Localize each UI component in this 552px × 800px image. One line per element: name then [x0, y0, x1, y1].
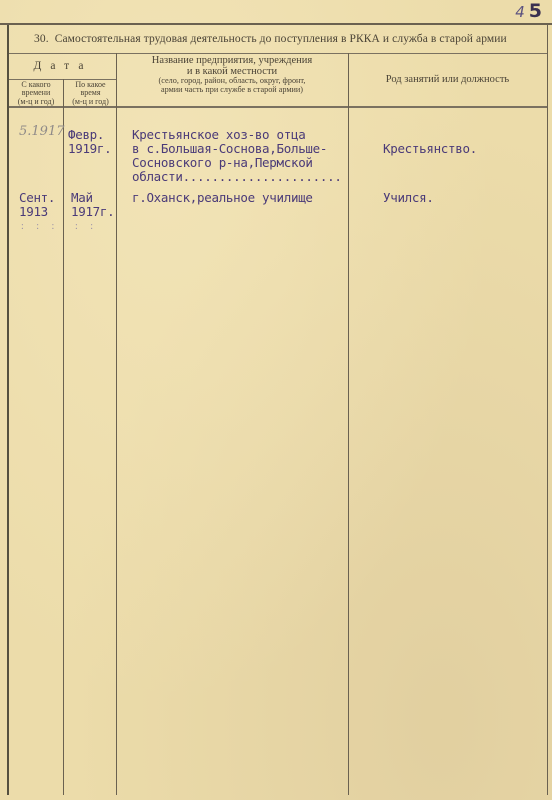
page-number-old: 4 — [515, 3, 525, 21]
row1-from-handwritten: 5.1917 — [19, 124, 65, 139]
header-name-line4: армии часть при службе в старой армии) — [117, 86, 347, 95]
header-to-line3: (м-ц и год) — [64, 98, 117, 106]
section-title: 30. Самостоятельная трудовая деятельност… — [9, 25, 547, 53]
header-from: С какого времени (м-ц и год) — [9, 79, 63, 106]
header-from-line3: (м-ц и год) — [9, 98, 63, 106]
row1-place-line4: области...................... — [132, 170, 342, 184]
row1-place-line3: Сосновского р-на,Пермской — [132, 156, 342, 170]
ditto-marks-to: : : — [75, 221, 98, 232]
row2-from: Сент.1913 — [19, 191, 55, 219]
row1-place-line1: Крестьянское хоз-во отца — [132, 128, 342, 142]
row1-to: Февр.1919г. — [68, 128, 111, 156]
page-number: 45 — [515, 0, 542, 22]
header-occupation: Род занятий или должность — [348, 53, 547, 106]
row1-to-line2: 1919г. — [68, 142, 111, 156]
row2-to-line1: Май — [71, 191, 114, 205]
row2-from-line2: 1913 — [19, 205, 55, 219]
col-divider-date-name — [116, 53, 117, 795]
header-to: По какое время (м-ц и год) — [64, 79, 117, 106]
header-date: Дата — [9, 53, 117, 79]
row2-to: Май1917г. — [71, 191, 114, 219]
form-table: 30. Самостоятельная трудовая деятельност… — [7, 25, 548, 795]
col-divider-from-to — [63, 79, 64, 795]
row1-occupation: Крестьянство. — [383, 142, 477, 156]
row1-place-line2: в с.Большая-Соснова,Больше- — [132, 142, 342, 156]
ditto-marks-from: : : : — [21, 221, 59, 232]
row1-to-line1: Февр. — [68, 128, 111, 142]
page-number-current: 5 — [529, 0, 542, 22]
row2-place: г.Оханск,реальное училище — [132, 191, 313, 205]
row2-to-line2: 1917г. — [71, 205, 114, 219]
row2-from-line1: Сент. — [19, 191, 55, 205]
col-divider-name-occupation — [348, 53, 349, 795]
header-name-line1: Название предприятия, учреждения — [117, 55, 347, 66]
header-name: Название предприятия, учреждения и в как… — [117, 55, 347, 94]
section-number: 30. — [34, 33, 49, 45]
row2-occupation: Учился. — [383, 191, 434, 205]
section-title-text: Самостоятельная трудовая деятельность до… — [55, 33, 507, 45]
header-bottom-rule — [9, 106, 547, 108]
row1-place: Крестьянское хоз-во отцав с.Большая-Сосн… — [132, 128, 342, 184]
